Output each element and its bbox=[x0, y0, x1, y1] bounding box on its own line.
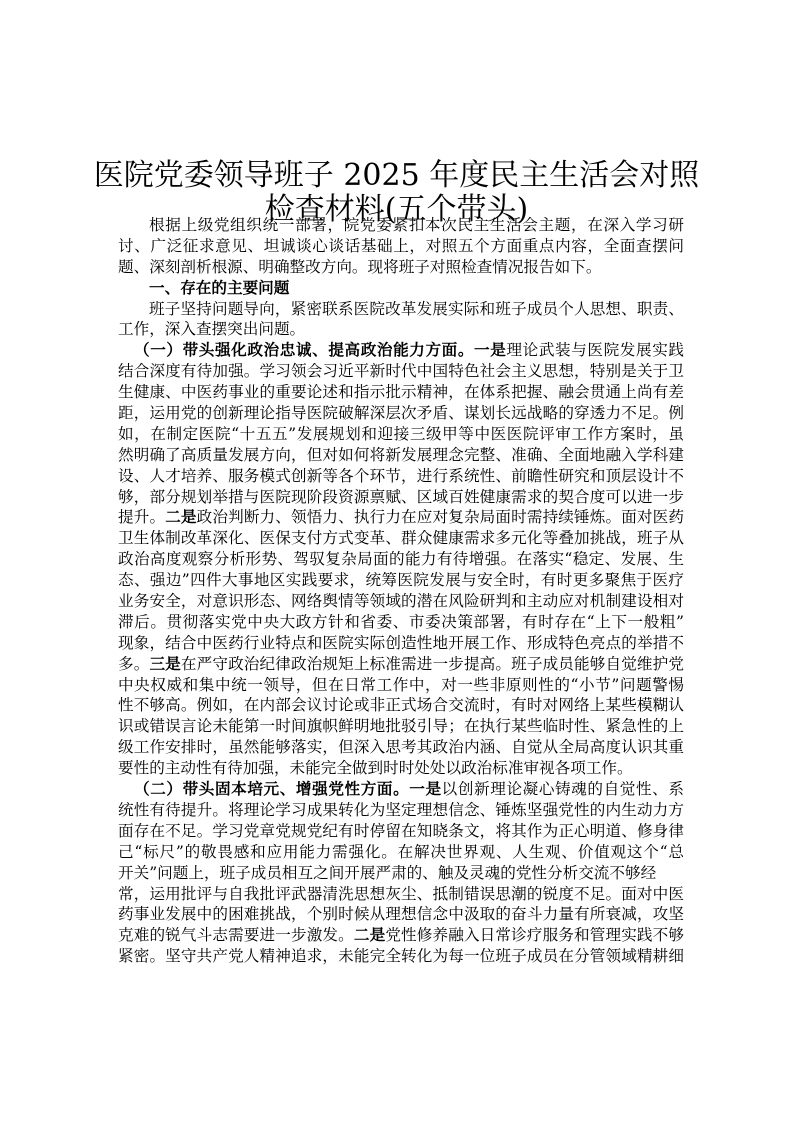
body-text: 己“标尺”的敬畏感和应用能力需强化。在解决世界观、人生观、价值观这个“总 bbox=[118, 843, 684, 861]
body-text: 理论武装与医院发展实践 bbox=[506, 341, 684, 359]
body-text: 提升。 bbox=[118, 508, 165, 526]
body-text: 距，运用党的创新理论指导医院破解深层次矛盾、谋划长远战略的穿透力不足。例 bbox=[118, 404, 684, 422]
paragraph-line: 统性有待提升。将理论学习成果转化为坚定理想信念、锤炼坚强党性的内生动力方 bbox=[118, 800, 684, 821]
paragraph-line: 如，在制定医院“十五五”发展规划和迎接三级甲等中医医院评审工作方案时，虽 bbox=[118, 424, 684, 445]
body-text: 生健康、中医药事业的重要论述和指示批示精神，在体系把握、融会贯通上尚有差 bbox=[118, 383, 684, 401]
body-text: 如，在制定医院“十五五”发展规划和迎接三级甲等中医医院评审工作方案时，虽 bbox=[118, 425, 684, 443]
paragraph-line: 要性的主动性有待加强，未能完全做到时时处处以政治标准审视各项工作。 bbox=[118, 758, 684, 779]
body-text: 态、强边”四件大事地区实践要求，统筹医院发展与安全时，有时更多聚焦于医疗 bbox=[118, 571, 684, 589]
body-text: 题、深刻剖析根源、明确整改方向。现将班子对照检查情况报告如下。 bbox=[118, 258, 601, 276]
body-text: 政治判断力、领悟力、执行力在应对复杂局面时需持续锤炼。面对医药 bbox=[197, 508, 684, 526]
paragraph-line: 提升。二是政治判断力、领悟力、执行力在应对复杂局面时需持续锤炼。面对医药 bbox=[118, 507, 684, 528]
paragraph-line: 态、强边”四件大事地区实践要求，统筹医院发展与安全时，有时更多聚焦于医疗 bbox=[118, 570, 684, 591]
paragraph-line: 一、存在的主要问题 bbox=[118, 278, 684, 299]
body-text: 工作，深入查摆突出问题。 bbox=[118, 320, 305, 338]
paragraph-line: 药事业发展中的困难挑战，个别时候从理想信念中汲取的奋斗力量有所衰减，攻坚 bbox=[118, 904, 684, 925]
body-text: 讨、广泛征求意见、坦诚谈心谈话基础上，对照五个方面重点内容，全面查摆问 bbox=[118, 237, 684, 255]
body-text: 业务安全，对意识形态、网络舆情等领域的潜在风险研判和主动应对机制建设相对 bbox=[118, 592, 684, 610]
bold-text: （一）带头强化政治忠诚、提高政治能力方面。一是 bbox=[134, 340, 506, 359]
paragraph-line: 业务安全，对意识形态、网络舆情等领域的潜在风险研判和主动应对机制建设相对 bbox=[118, 591, 684, 612]
body-text: 结合深度有待加强。学习领会习近平新时代中国特色社会主义思想，特别是关于卫 bbox=[118, 362, 684, 380]
body-text: 面存在不足。学习党章党规党纪有时停留在知晓条文，将其作为正心明道、修身律 bbox=[118, 822, 684, 840]
body-text: 级工作安排时，虽然能够落实，但深入思考其政治内涵、自觉从全局高度认识其重 bbox=[118, 738, 684, 756]
body-text: 班子坚持问题导向，紧密联系医院改革发展实际和班子成员个人思想、职责、 bbox=[149, 300, 684, 318]
paragraph-line: 根据上级党组织统一部署，院党委紧扣本次民主生活会主题，在深入学习研 bbox=[118, 215, 684, 236]
body-text: 常，运用批评与自我批评武器清洗思想灰尘、抵制错误思潮的锐度不足。面对中医 bbox=[118, 885, 684, 903]
bold-text: （二）带头固本培元、增强党性方面。一是 bbox=[134, 779, 442, 798]
paragraph-line: 设、人才培养、服务模式创新等各个环节，进行系统性、前瞻性研究和顶层设计不 bbox=[118, 466, 684, 487]
bold-text: 一、存在的主要问题 bbox=[149, 278, 289, 297]
paragraph-line: 多。三是在严守政治纪律政治规矩上标准需进一步提高。班子成员能够自觉维护党 bbox=[118, 654, 684, 675]
bold-text: 二是 bbox=[354, 925, 385, 944]
body-text: 识或错误言论未能第一时间旗帜鲜明地批驳引导；在执行某些临时性、紧急性的上 bbox=[118, 717, 684, 735]
paragraph-line: （一）带头强化政治忠诚、提高政治能力方面。一是理论武装与医院发展实践 bbox=[118, 340, 684, 361]
paragraph-line: 中央权威和集中统一领导，但在日常工作中，对一些非原则性的“小节”问题警惕 bbox=[118, 675, 684, 696]
body-text: 开关”问题上，班子成员相互之间开展严肃的、触及灵魂的党性分析交流不够经 bbox=[118, 864, 656, 882]
paragraph-line: 题、深刻剖析根源、明确整改方向。现将班子对照检查情况报告如下。 bbox=[118, 257, 684, 278]
body-text: 中央权威和集中统一领导，但在日常工作中，对一些非原则性的“小节”问题警惕 bbox=[118, 676, 684, 694]
paragraph-line: 生健康、中医药事业的重要论述和指示批示精神，在体系把握、融会贯通上尚有差 bbox=[118, 382, 684, 403]
paragraph-line: 克难的锐气斗志需要进一步激发。二是党性修养融入日常诊疗服务和管理实践不够 bbox=[118, 925, 684, 946]
bold-text: 二是 bbox=[165, 507, 196, 526]
paragraph-line: 政治高度观察分析形势、驾驭复杂局面的能力有待增强。在落实“稳定、发展、生 bbox=[118, 549, 684, 570]
body-text: 克难的锐气斗志需要进一步激发。 bbox=[118, 926, 354, 944]
paragraph-line: 己“标尺”的敬畏感和应用能力需强化。在解决世界观、人生观、价值观这个“总 bbox=[118, 842, 684, 863]
body-text: 统性有待提升。将理论学习成果转化为坚定理想信念、锤炼坚强党性的内生动力方 bbox=[118, 801, 684, 819]
paragraph-line: 性不够高。例如，在内部会议讨论或非正式场合交流时，有时对网络上某些模糊认 bbox=[118, 695, 684, 716]
body-text: 现象，结合中医药行业特点和医院实际创造性地开展工作、形成特色亮点的举措不 bbox=[118, 634, 684, 652]
paragraph-line: 紧密。坚守共产党人精神追求，未能完全转化为每一位班子成员在分管领域精耕细 bbox=[118, 946, 684, 967]
body-text: 滞后。贯彻落实党中央大政方针和省委、市委决策部署，有时存在“上下一般粗” bbox=[118, 613, 684, 631]
body-text: 卫生体制改革深化、医保支付方式变革、群众健康需求多元化等叠加挑战，班子从 bbox=[118, 529, 684, 547]
body-text: 够，部分规划举措与医院现阶段资源禀赋、区域百姓健康需求的契合度可以进一步 bbox=[118, 488, 684, 506]
paragraph-line: 卫生体制改革深化、医保支付方式变革、群众健康需求多元化等叠加挑战，班子从 bbox=[118, 528, 684, 549]
title-line-1: 医院党委领导班子 2025 年度民主生活会对照 bbox=[0, 159, 793, 193]
body-text: 设、人才培养、服务模式创新等各个环节，进行系统性、前瞻性研究和顶层设计不 bbox=[118, 467, 684, 485]
body-text: 在严守政治纪律政治规矩上标准需进一步提高。班子成员能够自觉维护党 bbox=[181, 655, 684, 673]
paragraph-line: 班子坚持问题导向，紧密联系医院改革发展实际和班子成员个人思想、职责、 bbox=[118, 299, 684, 320]
body-text: 要性的主动性有待加强，未能完全做到时时处处以政治标准审视各项工作。 bbox=[118, 759, 633, 777]
body-text: 党性修养融入日常诊疗服务和管理实践不够 bbox=[385, 926, 684, 944]
paragraph-line: （二）带头固本培元、增强党性方面。一是以创新理论凝心铸魂的自觉性、系 bbox=[118, 779, 684, 800]
body-text: 性不够高。例如，在内部会议讨论或非正式场合交流时，有时对网络上某些模糊认 bbox=[118, 696, 684, 714]
body-text: 以创新理论凝心铸魂的自觉性、系 bbox=[442, 780, 684, 798]
body-text: 然明确了高质量发展方向，但对如何将新发展理念完整、准确、全面地融入学科建 bbox=[118, 446, 684, 464]
body-text: 政治高度观察分析形势、驾驭复杂局面的能力有待增强。在落实“稳定、发展、生 bbox=[118, 550, 684, 568]
body-text: 药事业发展中的困难挑战，个别时候从理想信念中汲取的奋斗力量有所衰减，攻坚 bbox=[118, 905, 684, 923]
paragraph-line: 距，运用党的创新理论指导医院破解深层次矛盾、谋划长远战略的穿透力不足。例 bbox=[118, 403, 684, 424]
paragraph-line: 工作，深入查摆突出问题。 bbox=[118, 319, 684, 340]
paragraph-line: 级工作安排时，虽然能够落实，但深入思考其政治内涵、自觉从全局高度认识其重 bbox=[118, 737, 684, 758]
document-page: 医院党委领导班子 2025 年度民主生活会对照 检查材料(五个带头) 根据上级党… bbox=[0, 0, 793, 1121]
body-text: 根据上级党组织统一部署，院党委紧扣本次民主生活会主题，在深入学习研 bbox=[149, 216, 684, 234]
body-text: 紧密。坚守共产党人精神追求，未能完全转化为每一位班子成员在分管领域精耕细 bbox=[118, 947, 684, 965]
paragraph-line: 常，运用批评与自我批评武器清洗思想灰尘、抵制错误思潮的锐度不足。面对中医 bbox=[118, 884, 684, 905]
body-text: 多。 bbox=[118, 655, 149, 673]
paragraph-line: 够，部分规划举措与医院现阶段资源禀赋、区域百姓健康需求的契合度可以进一步 bbox=[118, 487, 684, 508]
paragraph-line: 识或错误言论未能第一时间旗帜鲜明地批驳引导；在执行某些临时性、紧急性的上 bbox=[118, 716, 684, 737]
paragraph-line: 结合深度有待加强。学习领会习近平新时代中国特色社会主义思想，特别是关于卫 bbox=[118, 361, 684, 382]
paragraph-line: 现象，结合中医药行业特点和医院实际创造性地开展工作、形成特色亮点的举措不 bbox=[118, 633, 684, 654]
paragraph-line: 滞后。贯彻落实党中央大政方针和省委、市委决策部署，有时存在“上下一般粗” bbox=[118, 612, 684, 633]
bold-text: 三是 bbox=[149, 654, 180, 673]
document-body: 根据上级党组织统一部署，院党委紧扣本次民主生活会主题，在深入学习研讨、广泛征求意… bbox=[118, 215, 684, 967]
paragraph-line: 开关”问题上，班子成员相互之间开展严肃的、触及灵魂的党性分析交流不够经 bbox=[118, 863, 684, 884]
paragraph-line: 面存在不足。学习党章党规党纪有时停留在知晓条文，将其作为正心明道、修身律 bbox=[118, 821, 684, 842]
paragraph-line: 然明确了高质量发展方向，但对如何将新发展理念完整、准确、全面地融入学科建 bbox=[118, 445, 684, 466]
paragraph-line: 讨、广泛征求意见、坦诚谈心谈话基础上，对照五个方面重点内容，全面查摆问 bbox=[118, 236, 684, 257]
